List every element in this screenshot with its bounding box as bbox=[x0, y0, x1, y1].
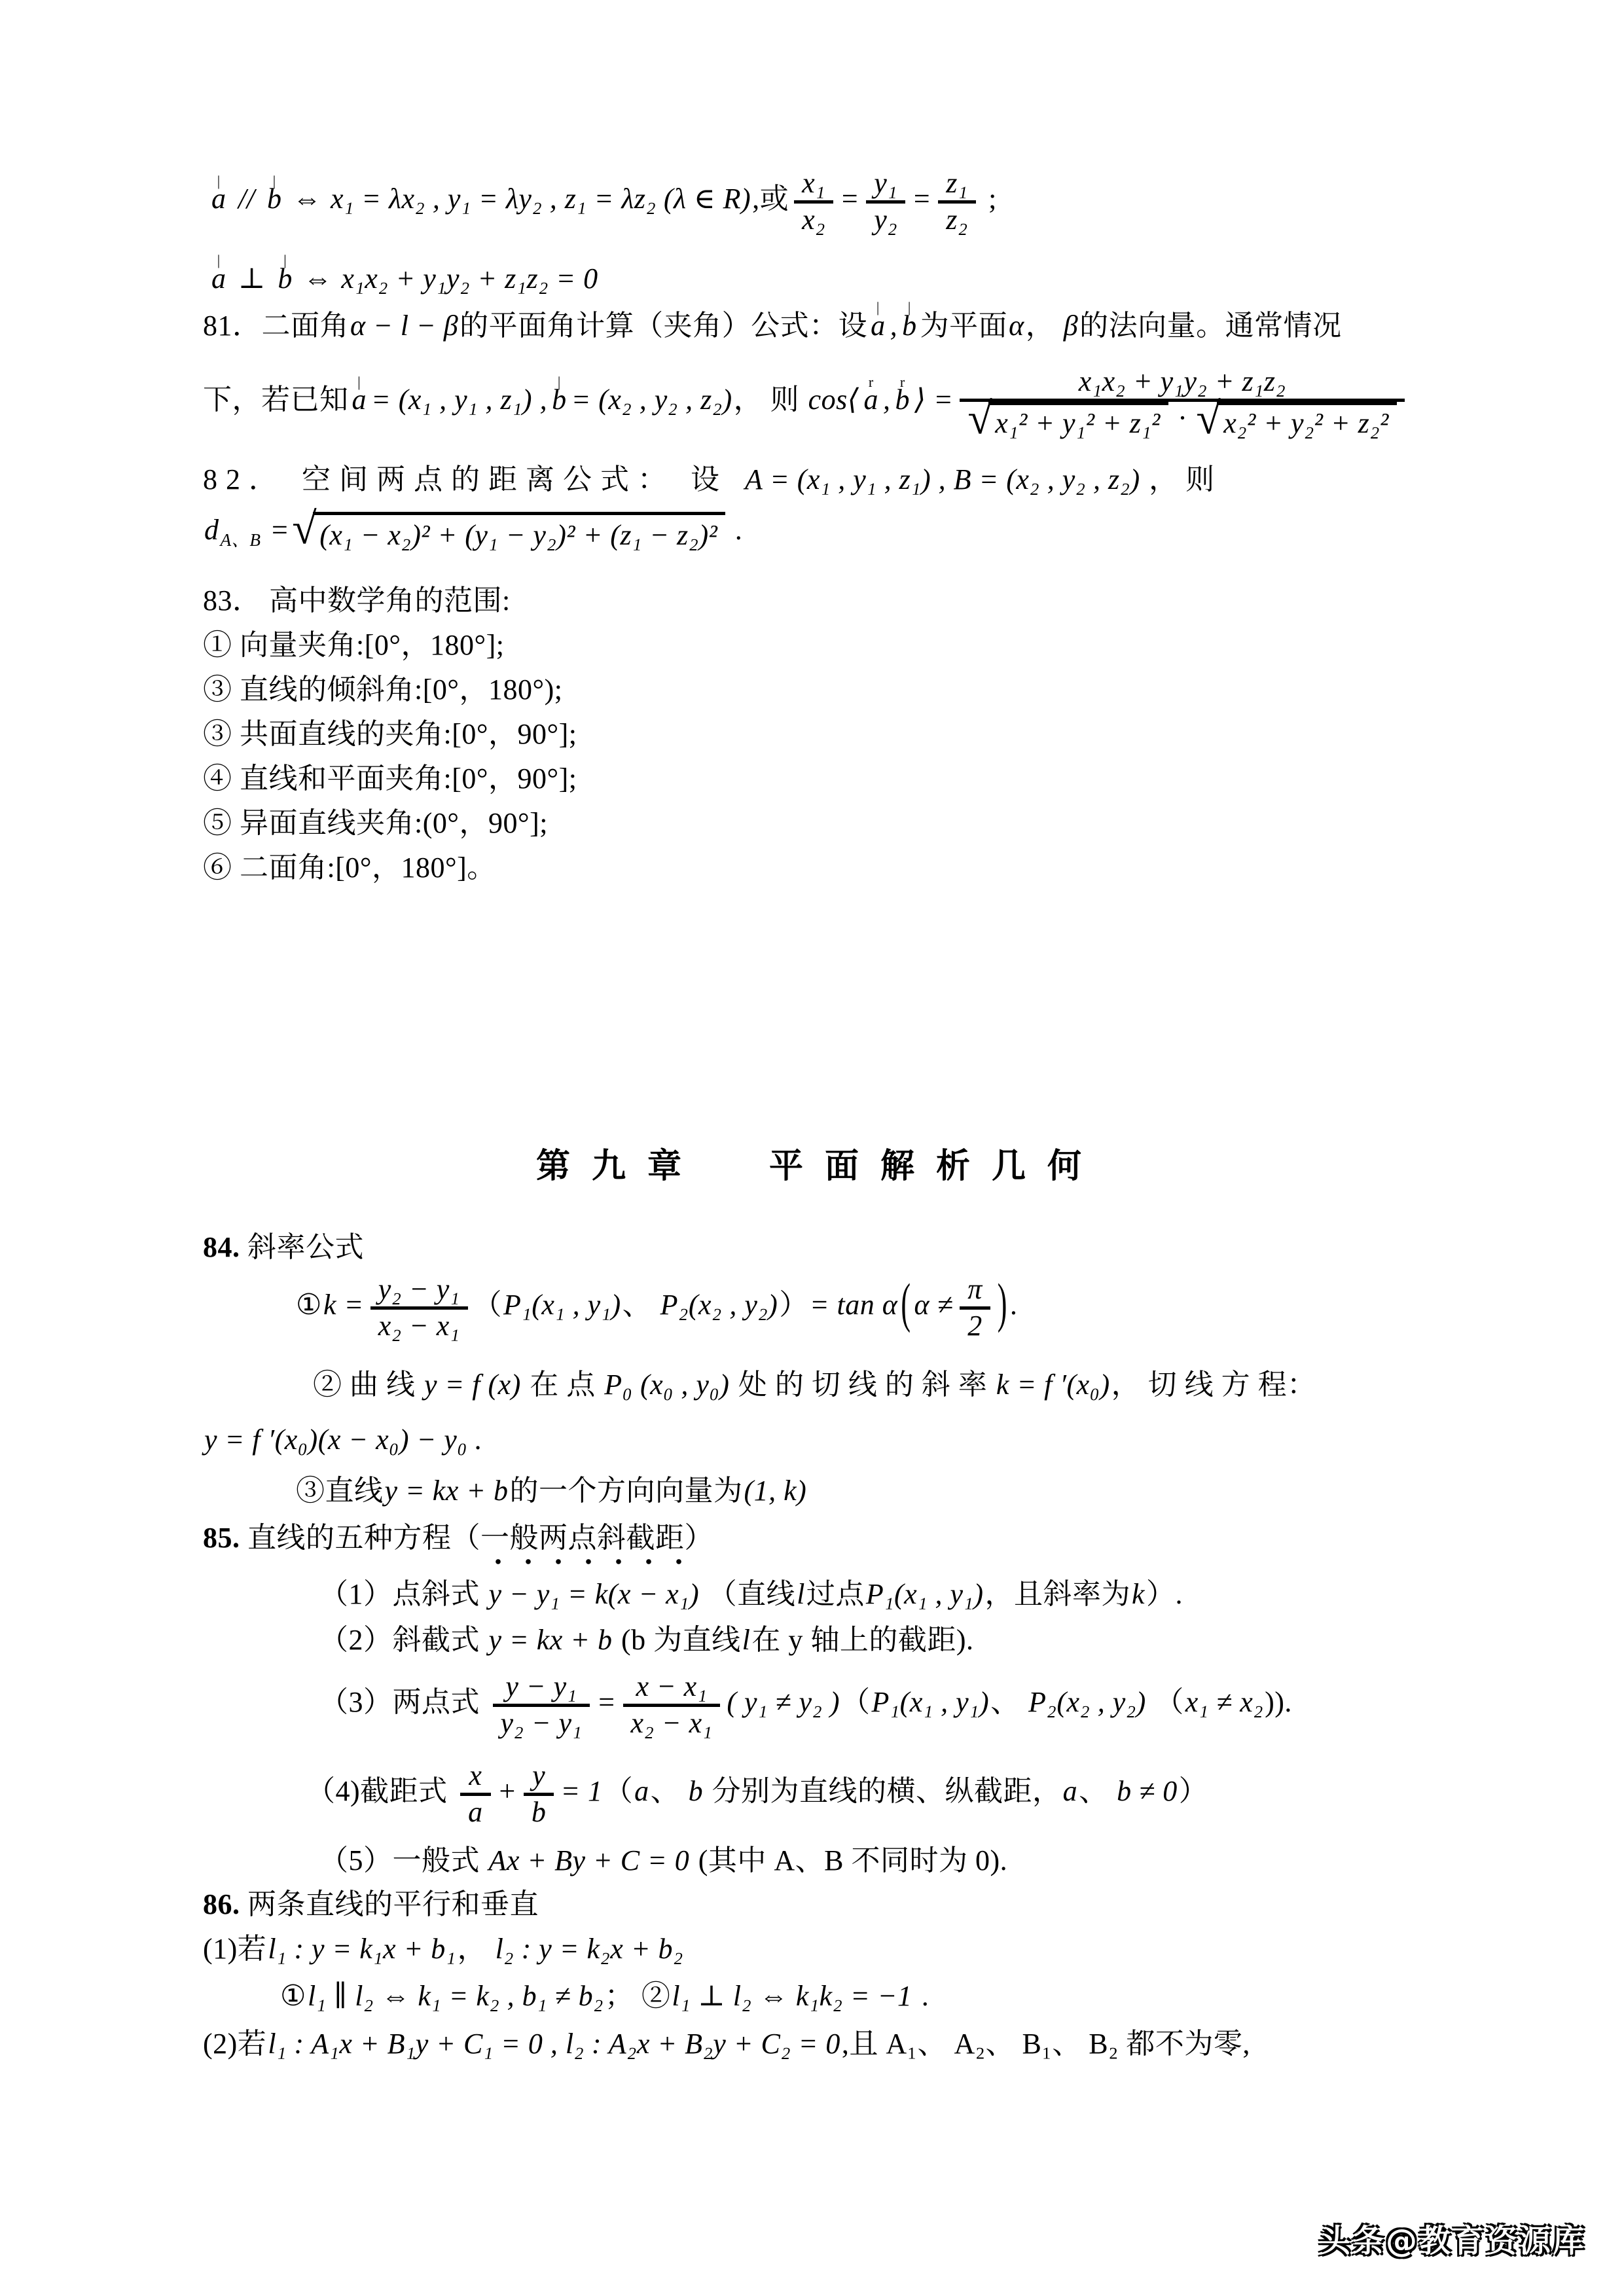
text-fragment: ） bbox=[685, 1522, 714, 1554]
math-fragment: y₁ bbox=[873, 167, 899, 199]
text-fragment: ③直线 bbox=[296, 1475, 384, 1507]
text-fragment: 的平面角计算（夹角）公式：设 bbox=[460, 310, 867, 342]
math-fragment: = tan α bbox=[808, 1289, 899, 1321]
text-fragment: ⑤ 异面直线夹角:(0°，90°]; bbox=[203, 807, 548, 839]
text-fragment: ， 则 bbox=[734, 384, 807, 416]
text-fragment: 在 y 轴上的截距). bbox=[751, 1624, 973, 1656]
text-fragment: ① 向量夹角:[0°，180°]; bbox=[203, 629, 504, 661]
math-fragment: y = f ′(x₀)(x − x₀) − y₀ . bbox=[203, 1424, 484, 1456]
math-fragment: . bbox=[913, 1980, 931, 2012]
item-84-2b: y = f ′(x₀)(x − x₀) − y₀ . bbox=[203, 1422, 484, 1458]
text-fragment: 分别为直线的横、纵截距， bbox=[704, 1775, 1062, 1807]
math-fragment: y = kx + b bbox=[384, 1475, 510, 1507]
math-fragment: P₂(x₂ , y₂) bbox=[659, 1289, 780, 1321]
denominator: y₂ − y₁ bbox=[493, 1704, 590, 1740]
math-fragment: , bbox=[889, 310, 899, 342]
math-fragment: = bbox=[911, 183, 933, 215]
math-fragment: = 1 bbox=[559, 1775, 604, 1807]
math-fragment: 2 bbox=[966, 1310, 984, 1342]
text-fragment: ③ 直线的倾斜角:[0°，180°); bbox=[203, 673, 562, 706]
math-fragment: l₁ : y = k₁x + b₁ bbox=[266, 1933, 457, 1965]
text-fragment: 、 bbox=[1079, 1775, 1115, 1807]
document-page: a| // b| ⇔ x₁ = λx₂ , y₁ = λy₂ , z₁ = λz… bbox=[0, 0, 1624, 2296]
math-fragment: x₂ bbox=[801, 204, 827, 236]
text-fragment: 两条直线的平行和垂直 bbox=[240, 1888, 539, 1920]
denominator: x₂ − x₁ bbox=[623, 1704, 721, 1740]
denominator: b bbox=[524, 1793, 554, 1829]
vector-symbol: b| bbox=[901, 308, 918, 344]
fraction: xa bbox=[460, 1759, 491, 1829]
math-fragment: P₁(x₁ , y₁) bbox=[871, 1686, 991, 1718]
vector-parallel-line: a| // b| ⇔ x₁ = λx₂ , y₁ = λy₂ , z₁ = λz… bbox=[208, 167, 997, 236]
item-82-line-2: dA、B =√(x₁ − x₂)² + (y₁ − y₂)² + (z₁ − z… bbox=[203, 512, 744, 553]
vector-symbol: b| bbox=[276, 260, 294, 296]
numerator: x₁x₂ + y₁y₂ + z₁z₂ bbox=[1071, 365, 1294, 399]
text-fragment: 81．二面角 bbox=[203, 310, 349, 342]
math-fragment: k = f ′(x₀) bbox=[995, 1369, 1111, 1401]
vector-symbol: ar bbox=[862, 382, 880, 418]
text-fragment: （ bbox=[1147, 1686, 1184, 1718]
math-fragment: b bbox=[687, 1775, 705, 1807]
numerator: y bbox=[524, 1759, 553, 1793]
math-fragment: (1, k) bbox=[742, 1475, 808, 1507]
math-fragment: y − y₁ = k(x − x₁) bbox=[488, 1578, 701, 1610]
text-fragment: 斜率公式 bbox=[240, 1231, 365, 1263]
text-fragment: （ bbox=[473, 1289, 503, 1321]
math-fragment: a bbox=[1062, 1775, 1079, 1807]
item-86-1b: ①l₁ ∥ l₂ ⇔ k₁ = k₂ , b₁ ≠ b₂； ②l₁ ⊥ l₂ ⇔… bbox=[280, 1978, 931, 2014]
math-fragment: b bbox=[530, 1796, 548, 1828]
item-84-2: ② 曲 线 y = f (x) 在 点 P₀ (x₀ , y₀) 处 的 切 线… bbox=[313, 1367, 1316, 1403]
math-fragment: A = (x₁ , y₁ , z₁) , B = (x₂ , y₂ , z₂) bbox=[744, 463, 1142, 495]
math-fragment: y bbox=[531, 1759, 547, 1791]
fraction: y − y₁y₂ − y₁ bbox=[493, 1670, 590, 1740]
item-83-heading: 83． 高中数学角的范围: bbox=[203, 583, 511, 619]
item-86-heading: 86. 两条直线的平行和垂直 bbox=[203, 1886, 539, 1922]
denominator: x₂ bbox=[794, 200, 833, 237]
radical-icon: √ bbox=[967, 400, 992, 438]
item-83-2: ③ 直线的倾斜角:[0°，180°); bbox=[203, 672, 562, 708]
vector-arrow-icon: | bbox=[876, 300, 880, 315]
vector-arrow-icon: | bbox=[217, 174, 221, 188]
text-fragment: ， 则 bbox=[1142, 463, 1215, 495]
vector-arrow-icon: r bbox=[869, 375, 874, 389]
text-fragment: (b 为直线 bbox=[613, 1624, 740, 1656]
math-fragment: l₂ : y = k₂x + b₂ bbox=[494, 1933, 685, 1965]
square-root: √x₁² + y₁² + z₁² bbox=[967, 402, 1168, 440]
watermark: 头条@教育资源库 bbox=[1319, 2215, 1586, 2261]
text-fragment: 、 bbox=[990, 1686, 1027, 1718]
vector-symbol: a| bbox=[210, 260, 228, 296]
math-fragment: x − x₁ bbox=[634, 1670, 708, 1702]
vector-arrow-icon: | bbox=[217, 253, 221, 268]
text-fragment: ， 切 线 方 程： bbox=[1111, 1369, 1316, 1401]
numerator: z₁ bbox=[938, 167, 975, 200]
text-fragment: 处 的 切 线 的 斜 率 bbox=[731, 1369, 995, 1401]
math-fragment: a bbox=[467, 1796, 484, 1828]
math-fragment: Ax + By + C = 0 bbox=[488, 1844, 691, 1876]
radical-icon: √ bbox=[1196, 400, 1221, 438]
vector-symbol: a| bbox=[869, 308, 887, 344]
text-fragment: ） bbox=[779, 1289, 808, 1321]
fraction: y₁y₂ bbox=[866, 167, 905, 236]
math-fragment: // bbox=[230, 183, 264, 215]
text-fragment: （5）一般式 bbox=[319, 1844, 488, 1876]
vector-symbol: br bbox=[893, 382, 911, 418]
math-fragment: x₁ ≠ x₂ bbox=[1184, 1686, 1265, 1718]
math-fragment: y = f (x) bbox=[423, 1369, 522, 1401]
math-fragment: x₁² + y₁² + z₁² bbox=[994, 407, 1162, 439]
math-fragment: , bbox=[882, 384, 892, 416]
text-fragment: ; bbox=[981, 183, 997, 215]
item-85-5: （5）一般式 Ax + By + C = 0 (其中 A、B 不同时为 0). bbox=[319, 1842, 1007, 1878]
vector-symbol: b| bbox=[266, 181, 283, 217]
subscript: A、B bbox=[221, 530, 261, 550]
math-fragment: ( y₁ ≠ y₂ ) bbox=[725, 1686, 841, 1718]
math-fragment: + bbox=[496, 1775, 518, 1807]
item-84-3: ③直线y = kx + b的一个方向向量为(1, k) bbox=[296, 1473, 808, 1509]
text-fragment: ① bbox=[296, 1289, 322, 1321]
text-fragment: 下，若已知 bbox=[203, 384, 349, 416]
text-fragment: 过点 bbox=[806, 1578, 865, 1610]
math-fragment: P₁(x₁ , y₁) bbox=[865, 1578, 985, 1610]
math-fragment: x₂² + y₂² + z₂² bbox=[1222, 407, 1390, 439]
big-paren: ) bbox=[998, 1269, 1007, 1338]
text-fragment: ,且 A₁、 A₂、 B₁、 B₂ 都不为零, bbox=[842, 2028, 1250, 2060]
fraction: x₁x₂ bbox=[794, 167, 833, 236]
text-fragment: （2）斜截式 bbox=[319, 1624, 488, 1656]
math-fragment: z₂ bbox=[945, 204, 969, 236]
math-fragment: d bbox=[203, 514, 221, 546]
bold-text: 85. bbox=[203, 1522, 240, 1554]
text-fragment: 的一个方向向量为 bbox=[509, 1475, 742, 1507]
item-81-line-2: 下，若已知a|= (x₁ , y₁ , z₁) ,b|= (x₂ , y₂ , … bbox=[203, 365, 1410, 440]
fraction: yb bbox=[524, 1759, 554, 1829]
math-fragment: . bbox=[1009, 1289, 1020, 1321]
item-83-4: ④ 直线和平面夹角:[0°，90°]; bbox=[203, 761, 577, 797]
bold-text: 84. bbox=[203, 1231, 240, 1263]
math-fragment: x bbox=[467, 1759, 483, 1791]
item-83-5: ⑤ 异面直线夹角:(0°，90°]; bbox=[203, 805, 548, 841]
text-fragment: （3）两点式 bbox=[319, 1686, 488, 1718]
vector-symbol: a| bbox=[210, 181, 228, 217]
item-83-3: ③ 共面直线的夹角:[0°，90°]; bbox=[203, 716, 577, 752]
vector-symbol: b| bbox=[550, 382, 568, 418]
numerator: x bbox=[461, 1759, 490, 1793]
math-fragment: y − y₁ bbox=[504, 1670, 578, 1702]
vector-arrow-icon: r bbox=[900, 375, 905, 389]
math-fragment: ⊥ bbox=[230, 262, 275, 295]
text-fragment: )). bbox=[1265, 1686, 1292, 1718]
vector-arrow-icon: | bbox=[357, 375, 361, 389]
text-fragment: ）. bbox=[1146, 1578, 1183, 1610]
math-fragment: = bbox=[595, 1686, 617, 1718]
text-fragment: (其中 A、B 不同时为 0). bbox=[691, 1844, 1007, 1876]
math-fragment: l₁ ⊥ l₂ ⇔ k₁k₂ = −1 bbox=[670, 1980, 913, 2012]
item-84-1: ①k =y₂ − y₁x₂ − x₁（P₁(x₁ , y₁)、 P₂(x₂ , … bbox=[296, 1273, 1019, 1342]
item-83-1: ① 向量夹角:[0°，180°]; bbox=[203, 627, 504, 663]
text-fragment: （ bbox=[604, 1775, 634, 1807]
math-fragment: β bbox=[1062, 310, 1079, 342]
math-fragment: (x₁ − x₂)² + (y₁ − y₂)² + (z₁ − z₂)² bbox=[318, 519, 719, 551]
radicand: x₁² + y₁² + z₁² bbox=[988, 402, 1168, 440]
item-85-4: （4)截距式 xa+yb= 1（a、 b 分别为直线的横、纵截距，a、 b ≠ … bbox=[306, 1759, 1208, 1829]
math-fragment: x₁x₂ + y₁y₂ + z₁z₂ = 0 bbox=[340, 262, 599, 295]
numerator: π bbox=[960, 1273, 990, 1306]
text-fragment: 为平面 bbox=[920, 310, 1008, 342]
text-fragment: 第 九 章 平 面 解 析 几 何 bbox=[536, 1148, 1088, 1185]
radical-icon: √ bbox=[292, 510, 317, 548]
item-86-2: (2)若l₁ : A₁x + B₁y + C₁ = 0 , l₂ : A₂x +… bbox=[203, 2026, 1250, 2062]
denominator: a bbox=[460, 1793, 491, 1829]
text-fragment: （4)截距式 bbox=[306, 1775, 455, 1807]
item-85-2: （2）斜截式 y = kx + b (b 为直线l在 y 轴上的截距). bbox=[319, 1622, 974, 1658]
text-fragment: ； ② bbox=[605, 1980, 671, 2012]
vector-perpendicular-line: a| ⊥ b| ⇔ x₁x₂ + y₁y₂ + z₁z₂ = 0 bbox=[208, 260, 600, 296]
text-fragment: ，且斜率为 bbox=[985, 1578, 1131, 1610]
fraction: x − x₁x₂ − x₁ bbox=[623, 1670, 721, 1740]
numerator: y − y₁ bbox=[497, 1670, 585, 1704]
text-fragment: 直线的五种方程（ bbox=[240, 1522, 481, 1554]
math-fragment: · bbox=[1170, 402, 1195, 434]
vector-arrow-icon: | bbox=[908, 300, 911, 315]
emphasized-text: 一般两点斜截距 bbox=[480, 1522, 685, 1567]
text-fragment: （ bbox=[841, 1686, 871, 1718]
math-fragment: x₁ = λx₂ , y₁ = λy₂ , z₁ = λz₂ (λ ∈ R) bbox=[329, 183, 752, 215]
item-84-heading: 84. 斜率公式 bbox=[203, 1229, 364, 1265]
text-fragment: ④ 直线和平面夹角:[0°，90°]; bbox=[203, 762, 577, 795]
denominator: 2 bbox=[960, 1306, 990, 1343]
text-fragment: 83． 高中数学角的范围: bbox=[203, 584, 511, 617]
text-fragment: ⇔ bbox=[296, 262, 340, 295]
text-fragment: 、 bbox=[623, 1289, 659, 1321]
item-85-1: （1）点斜式 y − y₁ = k(x − x₁) （直线l过点P₁(x₁ , … bbox=[319, 1576, 1183, 1612]
text-fragment: ③ 共面直线的夹角:[0°，90°]; bbox=[203, 718, 577, 750]
math-fragment: y₂ bbox=[873, 204, 899, 236]
text-fragment: (1)若 bbox=[203, 1933, 266, 1965]
item-85-heading: 85. 直线的五种方程（一般两点斜截距） bbox=[203, 1520, 713, 1556]
text-fragment: ⇔ bbox=[285, 183, 329, 215]
math-fragment: y₂ − y₁ bbox=[499, 1707, 584, 1739]
text-fragment: (2)若 bbox=[203, 2028, 266, 2060]
vector-symbol: a| bbox=[351, 382, 369, 418]
text-fragment: ⑥ 二面角:[0°，180°]。 bbox=[203, 852, 496, 884]
numerator: x − x₁ bbox=[628, 1670, 715, 1704]
fraction: z₁z₂ bbox=[938, 167, 975, 236]
square-root: √(x₁ − x₂)² + (y₁ − y₂)² + (z₁ − z₂)² bbox=[292, 512, 725, 553]
math-fragment: π bbox=[966, 1273, 984, 1305]
big-paren: ( bbox=[901, 1269, 911, 1338]
math-fragment: P₂(x₂ , y₂) bbox=[1027, 1686, 1147, 1718]
text-fragment: ， bbox=[458, 1933, 494, 1965]
text-fragment: ② 曲 线 bbox=[313, 1369, 423, 1401]
text-fragment: 、 bbox=[651, 1775, 687, 1807]
text-fragment: ， bbox=[1026, 310, 1062, 342]
math-fragment: l₁ ∥ l₂ ⇔ k₁ = k₂ , b₁ ≠ b₂ bbox=[306, 1980, 605, 2012]
chapter-title: 第 九 章 平 面 解 析 几 何 bbox=[0, 1145, 1624, 1188]
numerator: y₂ − y₁ bbox=[370, 1273, 468, 1306]
denominator: x₂ − x₁ bbox=[370, 1306, 468, 1343]
math-fragment: α − l − β bbox=[349, 310, 460, 342]
math-fragment: y₂ − y₁ bbox=[377, 1273, 461, 1305]
fraction: y₂ − y₁x₂ − x₁ bbox=[370, 1273, 468, 1342]
math-fragment: . bbox=[727, 514, 744, 546]
math-fragment: x₂ − x₁ bbox=[630, 1707, 714, 1739]
denominator: √x₁² + y₁² + z₁² · √x₂² + y₂² + z₂² bbox=[960, 399, 1404, 440]
text-fragment: ,或 bbox=[752, 183, 789, 215]
math-fragment: l bbox=[795, 1578, 806, 1610]
text-fragment: ① bbox=[280, 1980, 306, 2012]
math-fragment: y = kx + b bbox=[488, 1624, 614, 1656]
item-83-6: ⑥ 二面角:[0°，180°]。 bbox=[203, 850, 496, 886]
item-82-line-1: 82． 空间两点的距离公式： 设 A = (x₁ , y₁ , z₁) , B … bbox=[203, 461, 1215, 497]
math-fragment: ⟩ = bbox=[913, 384, 954, 416]
math-fragment: α ≠ bbox=[912, 1289, 954, 1321]
math-fragment: P₁(x₁ , y₁) bbox=[502, 1289, 623, 1321]
vector-arrow-icon: | bbox=[283, 253, 287, 268]
bold-text: 86. bbox=[203, 1888, 240, 1920]
text-fragment: ） bbox=[1179, 1775, 1208, 1807]
text-fragment: 在 点 bbox=[522, 1369, 604, 1401]
math-fragment: = bbox=[261, 514, 291, 546]
math-fragment: a bbox=[633, 1775, 651, 1807]
math-fragment: = (x₁ , y₁ , z₁) , bbox=[370, 384, 549, 416]
text-fragment: 的法向量。通常情况 bbox=[1079, 310, 1342, 342]
denominator: y₂ bbox=[866, 200, 905, 237]
item-81-line-1: 81．二面角α − l − β的平面角计算（夹角）公式：设a|,b|为平面α， … bbox=[203, 308, 1342, 344]
math-fragment: b ≠ 0 bbox=[1115, 1775, 1179, 1807]
math-fragment: l bbox=[741, 1624, 752, 1656]
radicand: x₂² + y₂² + z₂² bbox=[1217, 402, 1397, 440]
math-fragment: k bbox=[1130, 1578, 1146, 1610]
math-fragment: = (x₂ , y₂ , z₂) bbox=[570, 384, 734, 416]
text-fragment: （1）点斜式 bbox=[319, 1578, 488, 1610]
wide-text: 82． 空间两点的距离公式： 设 bbox=[203, 463, 744, 495]
math-fragment: l₁ : A₁x + B₁y + C₁ = 0 , l₂ : A₂x + B₂y… bbox=[266, 2028, 842, 2060]
math-fragment: P₀ (x₀ , y₀) bbox=[603, 1369, 731, 1401]
fraction: x₁x₂ + y₁y₂ + z₁z₂√x₁² + y₁² + z₁² · √x₂… bbox=[960, 365, 1404, 440]
vector-arrow-icon: | bbox=[558, 375, 561, 389]
math-fragment: x₁x₂ + y₁y₂ + z₁z₂ bbox=[1077, 365, 1288, 397]
math-fragment: α bbox=[1007, 310, 1026, 342]
vector-arrow-icon: | bbox=[273, 174, 276, 188]
math-fragment: cos⟨ bbox=[807, 384, 861, 416]
text-fragment: （直线 bbox=[700, 1578, 795, 1610]
denominator: z₂ bbox=[938, 200, 975, 237]
math-fragment: x₁ bbox=[801, 167, 827, 199]
math-fragment: z₁ bbox=[945, 167, 969, 199]
numerator: x₁ bbox=[794, 167, 833, 200]
math-fragment: = bbox=[839, 183, 861, 215]
math-fragment: x₂ − x₁ bbox=[377, 1310, 461, 1342]
square-root: √x₂² + y₂² + z₂² bbox=[1196, 402, 1396, 440]
fraction: π2 bbox=[960, 1273, 990, 1342]
numerator: y₁ bbox=[866, 167, 905, 200]
math-fragment: k = bbox=[322, 1289, 365, 1321]
item-85-3: （3）两点式 y − y₁y₂ − y₁=x − x₁x₂ − x₁( y₁ ≠… bbox=[319, 1670, 1292, 1740]
item-86-1: (1)若l₁ : y = k₁x + b₁， l₂ : y = k₂x + b₂ bbox=[203, 1931, 685, 1967]
radicand: (x₁ − x₂)² + (y₁ − y₂)² + (z₁ − z₂)² bbox=[313, 512, 725, 553]
